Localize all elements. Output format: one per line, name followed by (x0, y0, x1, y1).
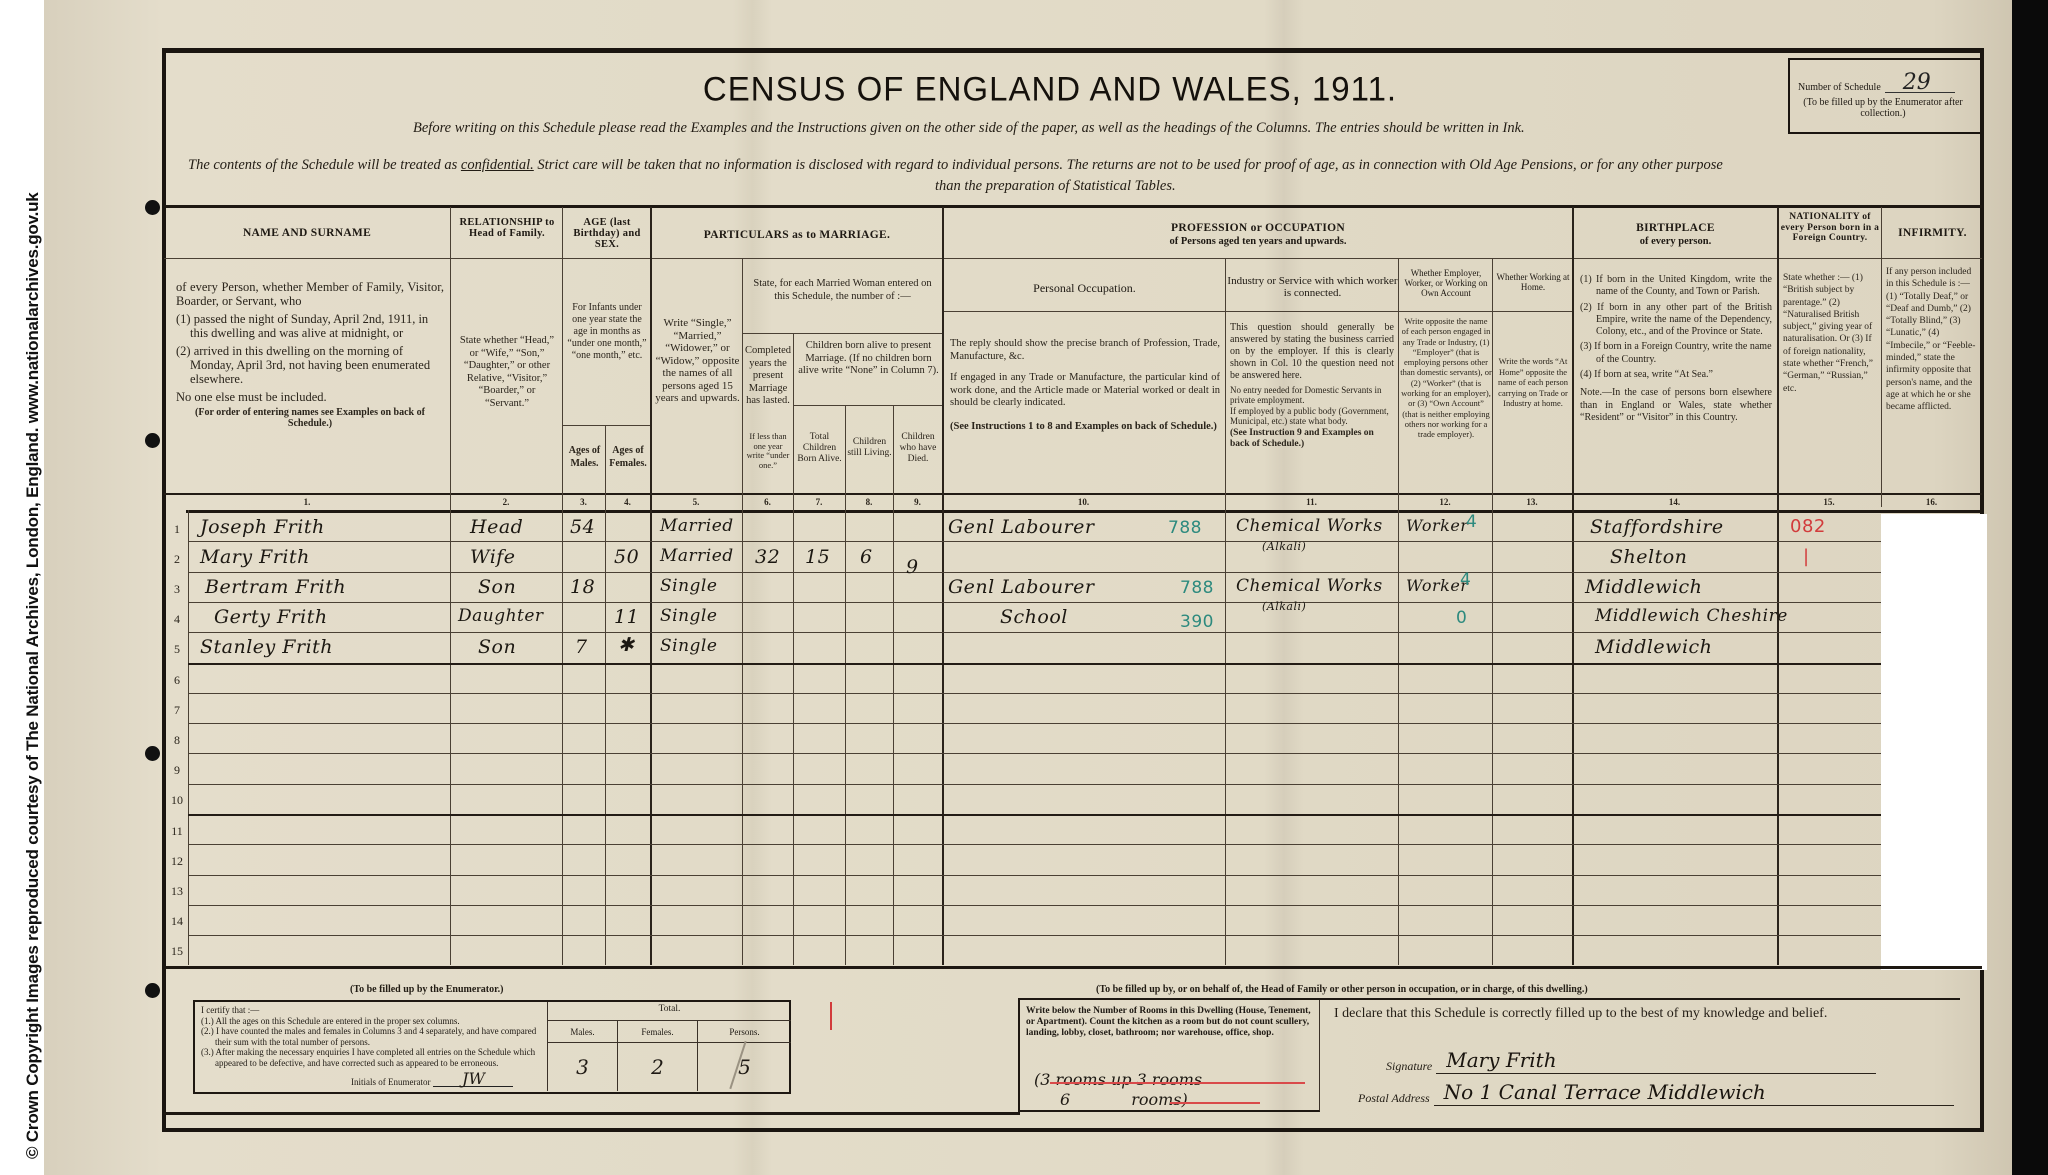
cell-age-female[interactable]: 11 (614, 606, 639, 628)
cell-relationship[interactable]: Head (470, 516, 523, 538)
cell-industry[interactable]: Chemical Works (1236, 516, 1383, 536)
row-number: 3 (166, 582, 188, 597)
row-rule (188, 572, 1982, 573)
marriage-sub-divider (742, 333, 942, 334)
rownum-divider (188, 510, 189, 965)
still-living-label: Children still Living. (846, 437, 893, 459)
cell-relationship[interactable]: Wife (470, 546, 516, 568)
cell-name[interactable]: Bertram Frith (205, 576, 346, 598)
footer-bottom-rule (164, 1112, 1018, 1115)
row-number: 11 (166, 824, 188, 839)
cell-occupation[interactable]: School (1000, 606, 1068, 628)
colnum-top-rule (164, 493, 1982, 495)
address-row: Postal Address No 1 Canal Terrace Middle… (1358, 1080, 1954, 1106)
colnum-1: 1. (164, 497, 450, 507)
total-persons[interactable]: 5 (698, 1043, 791, 1079)
row-rule (188, 693, 1982, 694)
cell-occupation-code: 788 (1168, 518, 1202, 538)
cell-birthplace[interactable]: Middlewich (1585, 576, 1702, 598)
row-number: 15 (166, 944, 188, 959)
address-value[interactable]: No 1 Canal Terrace Middlewich (1444, 1080, 1766, 1104)
header-age: AGE (last Birthday) and SEX. (564, 217, 650, 250)
cell-relationship[interactable]: Son (478, 636, 516, 658)
years-married-note: If less than one year write “under one.” (744, 432, 792, 470)
col-divider (1777, 207, 1779, 965)
cell-occupation-code: 788 (1180, 578, 1214, 598)
scan-edge (2012, 0, 2048, 1175)
header-nationality: NATIONALITY of every Person born in a Fo… (1779, 212, 1881, 244)
confidential-word: confidential. (461, 157, 534, 173)
personal-occupation-description: The reply should show the precise branch… (950, 338, 1220, 433)
cell-children-living[interactable]: 6 (860, 546, 873, 568)
col-divider (1572, 207, 1574, 965)
colnum-11: 11. (1225, 497, 1398, 507)
cell-name[interactable]: Gerty Frith (214, 606, 328, 628)
row-number: 1 (166, 522, 188, 537)
row-rule (188, 844, 1982, 845)
colnum-6: 6. (742, 497, 793, 507)
cell-marital[interactable]: Single (660, 576, 717, 596)
nationality-description: State whether :— (1) “British subject by… (1783, 272, 1879, 395)
cell-name[interactable]: Joseph Frith (200, 516, 325, 538)
cell-marital[interactable]: Single (660, 636, 717, 656)
col-divider (845, 405, 846, 965)
total-males[interactable]: 3 (548, 1043, 617, 1079)
total-born-label: Total Children Born Alive. (794, 432, 845, 465)
col-divider (793, 333, 794, 965)
row-number: 2 (166, 552, 188, 567)
col-divider (1492, 258, 1493, 965)
birthplace-description: (1) If born in the United Kingdom, write… (1580, 274, 1772, 424)
name-description: of every Person, whether Member of Famil… (176, 280, 444, 429)
row-rule (188, 905, 1982, 906)
females-label: Females. (618, 1021, 697, 1043)
birthplace-subheader: of every person. (1574, 236, 1777, 248)
cell-employment-code: 0 (1456, 608, 1467, 628)
schedule-number-note: (To be filled up by the Enumerator after… (1798, 97, 1968, 119)
age-infant-description: For Infants under one year state the age… (564, 302, 650, 362)
row-rule (188, 753, 1982, 754)
header-working-at-home: Whether Working at Home. (1494, 272, 1572, 292)
marital-status-description: Write “Single,” “Married,” “Widower,” or… (655, 317, 740, 405)
rows-bottom-rule (164, 966, 1982, 969)
col-divider (650, 207, 652, 965)
header-birthplace: BIRTHPLACE (1574, 222, 1777, 234)
rooms-box: Write below the Number of Rooms in this … (1020, 1000, 1320, 1112)
cell-birthplace-code: | (1803, 546, 1810, 567)
age-sub-divider (562, 425, 650, 426)
cell-birthplace[interactable]: Middlewich (1595, 636, 1712, 658)
enumerator-initials[interactable]: JW (433, 1072, 513, 1087)
row-number: 14 (166, 914, 188, 929)
colnum-14: 14. (1572, 497, 1777, 507)
header-marriage: PARTICULARS as to MARRIAGE. (652, 229, 942, 241)
cell-birthplace-code: 082 (1790, 516, 1826, 537)
cell-age-male[interactable]: 18 (570, 576, 595, 598)
header-personal-occupation: Personal Occupation. (944, 282, 1225, 294)
row-rule (188, 723, 1982, 724)
row-rule (188, 935, 1982, 936)
row-number: 9 (166, 763, 188, 778)
persons-label: Persons. (698, 1021, 791, 1043)
colnum-7: 7. (793, 497, 845, 507)
colnum-15: 15. (1777, 497, 1881, 507)
cell-industry-note: (Alkali) (1262, 540, 1306, 553)
colnum-16: 16. (1881, 497, 1982, 507)
row-rule (188, 663, 1982, 665)
colnum-8: 8. (845, 497, 893, 507)
cell-marital[interactable]: Married (660, 546, 734, 566)
died-label: Children who have Died. (894, 432, 942, 465)
col-divider (1398, 258, 1399, 965)
col-divider (450, 207, 451, 965)
col-divider (942, 207, 944, 965)
header-infirmity: INFIRMITY. (1883, 227, 1982, 239)
rooms-value-struck: (3 rooms up 3 rooms (1034, 1070, 1202, 1089)
declaration-text: I declare that this Schedule is correctl… (1334, 1006, 1827, 1022)
address-label: Postal Address (1358, 1091, 1430, 1106)
cell-marital[interactable]: Married (660, 516, 734, 536)
cell-name[interactable]: Stanley Frith (200, 636, 333, 658)
punch-hole-icon (145, 983, 160, 998)
row-number: 7 (166, 703, 188, 718)
years-married-description: Completed years the present Marriage has… (744, 345, 792, 408)
signature-value[interactable]: Mary Frith (1446, 1048, 1556, 1072)
cell-relationship[interactable]: Son (478, 576, 516, 598)
cell-employment-code: 4 (1466, 512, 1477, 532)
age-males-label: Ages of Males. (564, 445, 605, 470)
row-rule (188, 541, 1982, 542)
colnum-12: 12. (1398, 497, 1492, 507)
punch-hole-icon (145, 746, 160, 761)
children-sub-divider (793, 405, 942, 406)
row-number: 10 (166, 793, 188, 808)
initials-label: Initials of Enumerator (351, 1077, 430, 1088)
cell-children-died[interactable]: 9 (906, 556, 919, 578)
certificate-text: I certify that :— (1.) All the ages on t… (201, 1005, 549, 1087)
row-number: 13 (166, 884, 188, 899)
col-divider (1225, 258, 1226, 965)
schedule-number-value[interactable]: 29 (1885, 74, 1955, 93)
enumerator-heading: (To be filled up by the Enumerator.) (350, 984, 503, 995)
cell-relationship[interactable]: Daughter (458, 606, 544, 626)
cell-birthplace[interactable]: Middlewich Cheshire (1595, 606, 1788, 626)
row-number: 12 (166, 854, 188, 869)
colnum-10: 10. (942, 497, 1225, 507)
redaction-patch (1881, 514, 1987, 970)
males-label: Males. (548, 1021, 617, 1043)
row-rule (188, 602, 1982, 603)
rooms-instruction: Write below the Number of Rooms in this … (1026, 1006, 1316, 1039)
totals-table: Total. Males. 3 Females. 2 Persons. 5 (547, 1002, 790, 1091)
colnum-5: 5. (650, 497, 742, 507)
copyright-text: © Crown Copyright Images reproduced cour… (22, 192, 44, 1159)
age-females-label: Ages of Females. (606, 445, 650, 470)
row-rule (188, 875, 1982, 876)
cell-employment[interactable]: Worker (1406, 516, 1468, 535)
cell-age-female[interactable]: 50 (614, 546, 639, 568)
schedule-number-label: Number of Schedule (1798, 82, 1881, 93)
cell-marital[interactable]: Single (660, 606, 717, 626)
col-divider (562, 207, 563, 965)
row-number: 4 (166, 612, 188, 627)
total-label: Total. (548, 1004, 791, 1014)
colnum-4: 4. (605, 497, 650, 507)
cell-name[interactable]: Mary Frith (200, 546, 310, 568)
header-relationship: RELATIONSHIP to Head of Family. (452, 217, 562, 239)
cell-years-married[interactable]: 32 (755, 546, 780, 568)
colnum-9: 9. (893, 497, 942, 507)
cell-occupation-code: 390 (1180, 612, 1214, 632)
home-sub-divider (1492, 311, 1572, 312)
working-at-home-description: Write the words “At Home” opposite the n… (1494, 356, 1572, 409)
relationship-description: State whether “Head,” or “Wife,” “Son,” … (456, 335, 558, 410)
colnum-2: 2. (450, 497, 562, 507)
total-females[interactable]: 2 (618, 1043, 697, 1079)
cell-birthplace[interactable]: Staffordshire (1590, 516, 1724, 538)
header-industry: Industry or Service with which worker is… (1227, 275, 1398, 299)
rooms-value[interactable]: 6 rooms) (1060, 1090, 1188, 1109)
schedule-number-box: Number of Schedule 29 (To be filled up b… (1788, 58, 1981, 134)
colnum-3: 3. (562, 497, 605, 507)
red-strike (1050, 1082, 1305, 1084)
instruction-confidential: The contents of the Schedule will be tre… (188, 157, 1723, 174)
col-divider (742, 258, 743, 965)
cell-industry[interactable]: Chemical Works (1236, 576, 1383, 596)
occupation-sub-divider (942, 311, 1572, 312)
row-rule (188, 632, 1982, 633)
cell-occupation[interactable]: Genl Labourer (948, 516, 1094, 538)
header-occupation: PROFESSION or OCCUPATION (944, 222, 1572, 234)
cell-age-male[interactable]: 54 (570, 516, 595, 538)
copyright-strip: © Crown Copyright Images reproduced cour… (0, 0, 44, 1175)
cell-children-born[interactable]: 15 (805, 546, 830, 568)
header-employer-worker: Whether Employer, Worker, or Working on … (1400, 268, 1492, 298)
rows-top-rule (186, 510, 1982, 513)
infirmity-description: If any person included in this Schedule … (1886, 266, 1979, 414)
colnum-13: 13. (1492, 497, 1572, 507)
cross-mark-icon: ✱ (618, 634, 634, 656)
cell-employment-code: 4 (1460, 570, 1471, 590)
row-rule (188, 784, 1982, 785)
header-name: NAME AND SURNAME (164, 227, 450, 239)
household-heading: (To be filled up by, or on behalf of, th… (1096, 984, 1588, 995)
cell-birthplace[interactable]: Shelton (1610, 546, 1687, 568)
row-number: 5 (166, 642, 188, 657)
punch-hole-icon (145, 200, 160, 215)
children-description: Children born alive to present Marriage.… (796, 340, 941, 378)
red-check-mark (830, 1002, 832, 1030)
cell-industry-note: (Alkali) (1262, 600, 1306, 613)
page-title: CENSUS OF ENGLAND AND WALES, 1911. (600, 69, 1500, 109)
signature-label: Signature (1386, 1059, 1432, 1074)
header-divider (164, 258, 1982, 259)
col-divider (893, 405, 894, 965)
red-strike (1170, 1102, 1260, 1104)
enumerator-certificate: I certify that :— (1.) All the ages on t… (193, 1000, 791, 1094)
household-declaration: Write below the Number of Rooms in this … (1018, 998, 1960, 1115)
cell-age-male[interactable]: 7 (575, 636, 588, 658)
married-woman-description: State, for each Married Woman entered on… (745, 278, 940, 303)
row-number: 6 (166, 673, 188, 688)
table-top-rule (164, 205, 1982, 208)
col-divider (1881, 207, 1882, 507)
occupation-subheader: of Persons aged ten years and upwards. (944, 236, 1572, 248)
employer-worker-description: Write opposite the name of each person e… (1400, 316, 1492, 440)
instruction-ink: Before writing on this Schedule please r… (413, 120, 1525, 137)
cell-occupation[interactable]: Genl Labourer (948, 576, 1094, 598)
punch-hole-icon (145, 433, 160, 448)
industry-description: This question should generally be answer… (1230, 322, 1394, 450)
row-number: 8 (166, 733, 188, 748)
instruction-statistical: than the preparation of Statistical Tabl… (935, 178, 1176, 195)
row-rule (188, 814, 1982, 816)
signature-row: Signature Mary Frith (1386, 1048, 1876, 1074)
